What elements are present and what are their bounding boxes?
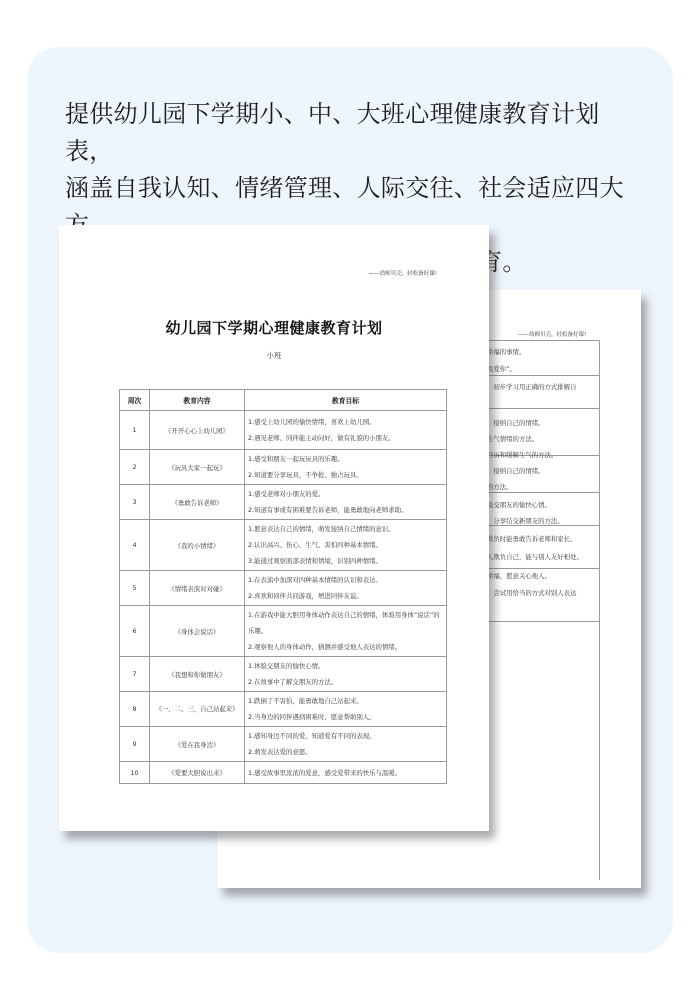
document-title: 幼儿园下学期心理健康教育计划 [59,317,489,338]
cell-goal: 1.感受和朋友一起玩玩具的乐趣。 2.知道要分享玩具，不争抢、独占玩具。 [245,450,447,485]
cell-goal: 1.在游戏中能大胆用身体动作表达自己的情绪，体验用身体“说话”的乐趣。 2.观察… [245,606,447,657]
cell-content: 《我想和你做朋友》 [150,657,245,692]
cell-goal: 1.在表演中加深对四种基本情绪的认识和表达。 2.喜欢和同伴共同游戏，增进同伴友… [245,571,447,606]
header-goal: 教育目标 [245,390,447,411]
table-header-row: 周次 教育内容 教育目标 [120,390,447,411]
document-page-front: ——幼师贝壳，轻松备好课! 幼儿园下学期心理健康教育计划 小班 周次 教育内容 … [59,225,489,831]
cell-week: 2 [120,450,150,485]
table-row: 9 《爱在我身边》 1.感知身边不同的爱，知道爱有不同的表现。 2.萌发表达爱的… [120,727,447,762]
back-text: 验交朋友的愉快心情。 [487,500,551,509]
goal-item: 1.感受和朋友一起玩玩具的乐趣。 [248,451,443,467]
back-text: 幸福，愿意关心他人。 [487,571,551,580]
goal-item: 2.观察他人的身体动作，猜测并感受他人表达的情绪。 [248,639,443,655]
back-text: ，接纳自己的情绪。 [487,466,545,475]
table-row: 10 《爱要大胆说出来》 1.感受故事里浓浓的爱意，感受爱带来的快乐与温暖。 [120,762,447,784]
cell-goal: 1.体验交朋友的愉快心情。 2.在故事中了解交朋友的方法。 [245,657,447,692]
cell-week: 1 [120,411,150,450]
cell-content: 《身体会说话》 [150,606,245,657]
goal-item: 2.萌发表达爱的意愿。 [248,744,443,760]
goal-item: 1.跌倒了不害怕，能勇敢地自己站起来。 [248,693,443,709]
goal-item: 2.当身边的同伴遇到困难时，愿意帮助别人。 [248,709,443,725]
goal-item: 2.在故事中了解交朋友的方法。 [248,674,443,690]
headline-line: 提供幼儿园下学期小、中、大班心理健康教育计划表， [65,96,645,170]
cell-week: 6 [120,606,150,657]
cell-week: 5 [120,571,150,606]
table-row: 3 《勇敢告诉老师》 1.感受老师对小朋友的爱。 2.知道有事或有困难要告诉老师… [120,485,447,520]
back-text: 我爱你”。 [487,364,516,373]
goal-item: 2.知道要分享玩具，不争抢、独占玩具。 [248,467,443,483]
back-text: 幸福的事情。 [487,347,525,356]
goal-item: 1.感受老师对小朋友的爱。 [248,486,443,502]
cell-goal: 1.感受故事里浓浓的爱意，感受爱带来的快乐与温暖。 [245,762,447,784]
cell-goal: 1.感知身边不同的爱，知道爱有不同的表现。 2.萌发表达爱的意愿。 [245,727,447,762]
goal-item: 1.愿意表达自己的情绪，萌发接纳自己情绪的意识。 [248,521,443,537]
goal-item: 2.喜欢和同伴共同游戏，增进同伴友谊。 [248,588,443,604]
goal-item: 1.在表演中加深对四种基本情绪的认识和表达。 [248,572,443,588]
back-text: ，接纳自己的情绪。 [487,418,545,427]
cell-goal: 1.感受上幼儿园的愉快情绪，喜欢上幼儿园。 2.遇见老师、同伴能主动问好，做有礼… [245,411,447,450]
cell-week: 4 [120,520,150,571]
page-tagline: ——幼师贝壳，轻松备好课! [518,330,586,338]
cell-content: 《开开心心上幼儿园》 [150,411,245,450]
cell-week: 10 [120,762,150,784]
cell-week: 7 [120,657,150,692]
back-text: ，尝试用恰当的方式对别人表达 [487,588,576,597]
back-text: 人欺负自己，能与别人友好相处。 [487,552,583,561]
back-text: 经历和缓解生气的方法。 [487,450,557,459]
cell-goal: 1.愿意表达自己的情绪，萌发接纳自己情绪的意识。 2.认识高兴、伤心、生气、害怕… [245,520,447,571]
plan-table: 周次 教育内容 教育目标 1 《开开心心上幼儿园》 1.感受上幼儿园的愉快情绪，… [119,389,447,784]
back-text: 的方法。 [487,482,513,491]
cell-content: 《爱要大胆说出来》 [150,762,245,784]
cell-week: 9 [120,727,150,762]
goal-item: 1.感受故事里浓浓的爱意，感受爱带来的快乐与温暖。 [248,765,443,781]
cell-week: 3 [120,485,150,520]
goal-item: 2.认识高兴、伤心、生气、害怕四种基本情绪。 [248,537,443,553]
cell-content: 《爱在我身边》 [150,727,245,762]
content-label: 《一、二、三，自己站起来》 [150,701,244,717]
goal-item: 1.在游戏中能大胆用身体动作表达自己的情绪，体验用身体“说话”的乐趣。 [248,607,443,639]
back-text: ，分享结交新朋友的方法。 [487,516,564,525]
cell-content: 《我的小情绪》 [150,520,245,571]
table-row: 1 《开开心心上幼儿园》 1.感受上幼儿园的愉快情绪，喜欢上幼儿园。 2.遇见老… [120,411,447,450]
back-text: 生气情绪的方法。 [487,434,538,443]
table-row: 7 《我想和你做朋友》 1.体验交朋友的愉快心情。 2.在故事中了解交朋友的方法… [120,657,447,692]
table-row: 6 《身体会说话》 1.在游戏中能大胆用身体动作表达自己的情绪，体验用身体“说话… [120,606,447,657]
goal-item: 1.感知身边不同的爱，知道爱有不同的表现。 [248,728,443,744]
back-text: ，初步学习用正确的方式排解自 [487,382,576,391]
goal-item: 2.知道有事或有困难要告诉老师，能勇敢地向老师求助。 [248,502,443,518]
goal-item: 1.感受上幼儿园的愉快情绪，喜欢上幼儿园。 [248,414,443,430]
cell-content: 《一、二、三，自己站起来》 [150,692,245,727]
goal-item: 3.能通过观察面部表情和情境，识别四种情绪。 [248,553,443,569]
cell-goal: 1.跌倒了不害怕，能勇敢地自己站起来。 2.当身边的同伴遇到困难时，愿意帮助别人… [245,692,447,727]
table-row: 8 《一、二、三，自己站起来》 1.跌倒了不害怕，能勇敢地自己站起来。 2.当身… [120,692,447,727]
cell-content: 《玩具大家一起玩》 [150,450,245,485]
document-subtitle: 小班 [59,350,489,361]
cell-content: 《勇敢告诉老师》 [150,485,245,520]
cell-week: 8 [120,692,150,727]
table-row: 2 《玩具大家一起玩》 1.感受和朋友一起玩玩具的乐趣。 2.知道要分享玩具，不… [120,450,447,485]
back-text: 欺负时能勇敢告诉老师和家长。 [487,534,576,543]
page-tagline: ——幼师贝壳，轻松备好课! [369,269,437,277]
cell-content: 《情绪表演对对碰》 [150,571,245,606]
goal-item: 1.体验交朋友的愉快心情。 [248,658,443,674]
table-row: 5 《情绪表演对对碰》 1.在表演中加深对四种基本情绪的认识和表达。 2.喜欢和… [120,571,447,606]
header-content: 教育内容 [150,390,245,411]
cell-goal: 1.感受老师对小朋友的爱。 2.知道有事或有困难要告诉老师，能勇敢地向老师求助。 [245,485,447,520]
table-row: 4 《我的小情绪》 1.愿意表达自己的情绪，萌发接纳自己情绪的意识。 2.认识高… [120,520,447,571]
header-week: 周次 [120,390,150,411]
goal-item: 2.遇见老师、同伴能主动问好，做有礼貌的小朋友。 [248,430,443,446]
